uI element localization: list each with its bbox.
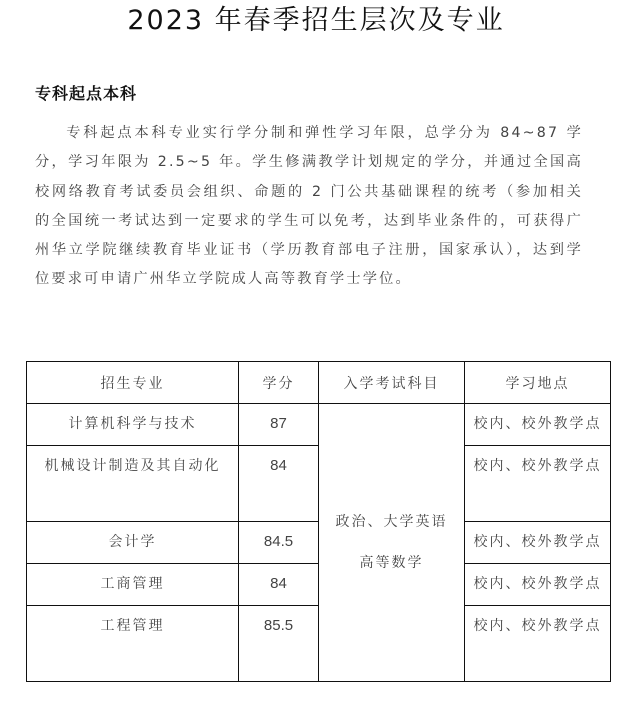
exam-subjects-line-2: 高等数学 (319, 543, 464, 584)
major-name: 工商管理 (27, 564, 238, 593)
location-value: 校内、校外教学点 (465, 564, 610, 593)
location-value: 校内、校外教学点 (465, 606, 610, 635)
credits-cell: 87 (239, 404, 319, 446)
location-cell: 校内、校外教学点 (465, 522, 611, 564)
credits-value: 85.5 (239, 606, 318, 635)
credits-cell: 84.5 (239, 522, 319, 564)
major-cell: 工商管理 (27, 564, 239, 606)
majors-table: 招生专业 学分 入学考试科目 学习地点 计算机科学与技术 87 政治、大学英语 … (26, 361, 611, 682)
credits-value: 84 (239, 446, 318, 475)
header-study-location: 学习地点 (465, 362, 611, 404)
major-cell: 机械设计制造及其自动化 (27, 446, 239, 522)
credits-cell: 85.5 (239, 606, 319, 682)
credits-value: 84.5 (239, 522, 318, 551)
location-cell: 校内、校外教学点 (465, 446, 611, 522)
page-title: 2023 年春季招生层次及专业 (0, 4, 632, 38)
location-cell: 校内、校外教学点 (465, 404, 611, 446)
exam-subjects-cell: 政治、大学英语 高等数学 (319, 404, 465, 682)
credits-cell: 84 (239, 564, 319, 606)
header-credits: 学分 (239, 362, 319, 404)
major-name: 工程管理 (27, 606, 238, 635)
exam-subjects-line-1: 政治、大学英语 (319, 502, 464, 543)
location-cell: 校内、校外教学点 (465, 606, 611, 682)
section-heading: 专科起点本科 (35, 83, 137, 105)
major-name: 计算机科学与技术 (27, 404, 238, 433)
major-cell: 计算机科学与技术 (27, 404, 239, 446)
intro-paragraph: 专科起点本科专业实行学分制和弹性学习年限，总学分为 84~87 学分，学习年限为… (35, 119, 583, 295)
location-value: 校内、校外教学点 (465, 522, 610, 551)
credits-cell: 84 (239, 446, 319, 522)
major-cell: 工程管理 (27, 606, 239, 682)
major-name: 机械设计制造及其自动化 (27, 446, 238, 475)
table-row: 计算机科学与技术 87 政治、大学英语 高等数学 校内、校外教学点 (27, 404, 611, 446)
major-name: 会计学 (27, 522, 238, 551)
location-value: 校内、校外教学点 (465, 404, 610, 433)
table-header-row: 招生专业 学分 入学考试科目 学习地点 (27, 362, 611, 404)
credits-value: 84 (239, 564, 318, 593)
major-cell: 会计学 (27, 522, 239, 564)
location-cell: 校内、校外教学点 (465, 564, 611, 606)
header-exam-subjects: 入学考试科目 (319, 362, 465, 404)
header-major: 招生专业 (27, 362, 239, 404)
credits-value: 87 (239, 404, 318, 433)
location-value: 校内、校外教学点 (465, 446, 610, 475)
